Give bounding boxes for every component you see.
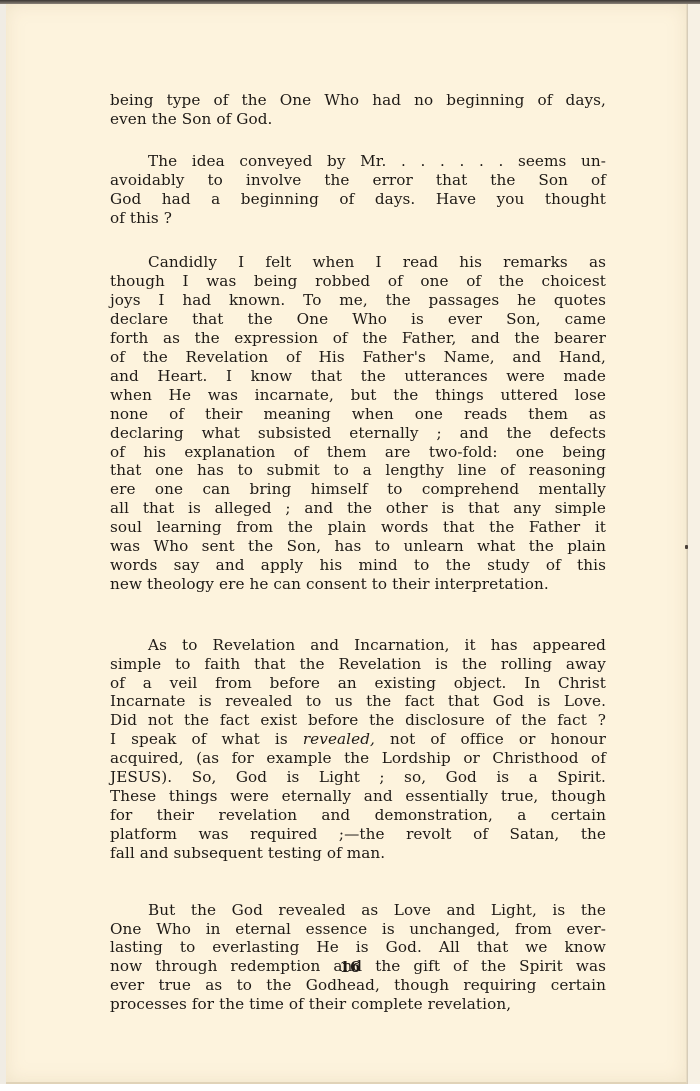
text-line: These things were eternally and essentia… xyxy=(110,787,606,806)
text-line: declare that the One Who is ever Son, ca… xyxy=(110,310,606,329)
text-line: Did not the fact exist before the disclo… xyxy=(110,711,606,730)
paragraph-candidly: Candidly I felt when I read his remarks … xyxy=(110,253,606,593)
text-line: ere one can bring himself to comprehend … xyxy=(110,480,606,499)
text-line: that one has to submit to a lengthy line… xyxy=(110,461,606,480)
text-line: ever true as to the Godhead, though requ… xyxy=(110,976,606,995)
text-line: fall and subsequent testing of man. xyxy=(110,844,606,863)
text-line: avoidably to involve the error that the … xyxy=(110,171,606,190)
text-line: all that is alleged ; and the other is t… xyxy=(110,499,606,518)
text-line: God had a beginning of days. Have you th… xyxy=(110,190,606,209)
page-number: 16 xyxy=(0,958,700,976)
text-line: and Heart. I know that the utterances we… xyxy=(110,367,606,386)
text-line: lasting to everlasting He is God. All th… xyxy=(110,938,606,957)
page-body-text: being type of the One Who had no beginni… xyxy=(110,91,606,1014)
text-line: forth as the expression of the Father, a… xyxy=(110,329,606,348)
text-line: none of their meaning when one reads the… xyxy=(110,405,606,424)
text-line: Incarnate is revealed to us the fact tha… xyxy=(110,692,606,711)
text-line: processes for the time of their complete… xyxy=(110,995,606,1014)
text-line: was Who sent the Son, has to unlearn wha… xyxy=(110,537,606,556)
paper-speck xyxy=(685,545,688,549)
text-line: though I was being robbed of one of the … xyxy=(110,272,606,291)
text-line: JESUS). So, God is Light ; so, God is a … xyxy=(110,768,606,787)
text-line: soul learning from the plain words that … xyxy=(110,518,606,537)
text-line: acquired, (as for example the Lordship o… xyxy=(110,749,606,768)
text-line: Candidly I felt when I read his remarks … xyxy=(110,253,606,272)
text-line: of this ? xyxy=(110,209,606,228)
text-line: when He was incarnate, but the things ut… xyxy=(110,386,606,405)
book-spine-edge xyxy=(687,4,700,1084)
text-line: being type of the One Who had no beginni… xyxy=(110,91,606,110)
text-line: new theology ere he can consent to their… xyxy=(110,575,606,594)
paragraph-continuation: being type of the One Who had no beginni… xyxy=(110,91,606,129)
text-line: platform was required ;—the revolt of Sa… xyxy=(110,825,606,844)
text-line: for their revelation and demonstration, … xyxy=(110,806,606,825)
text-line: One Who in eternal essence is unchanged,… xyxy=(110,920,606,939)
paragraph-revelation-incarnation: As to Revelation and Incarnation, it has… xyxy=(110,636,606,863)
italic-emphasis: revealed, xyxy=(303,730,375,748)
text-line: of his explanation of them are two-fold:… xyxy=(110,443,606,462)
text-line: words say and apply his mind to the stud… xyxy=(110,556,606,575)
text-line: The idea conveyed by Mr. . . . . . . see… xyxy=(110,152,606,171)
text-line: simple to faith that the Revelation is t… xyxy=(110,655,606,674)
text-line: As to Revelation and Incarnation, it has… xyxy=(110,636,606,655)
text-line: joys I had known. To me, the passages he… xyxy=(110,291,606,310)
text-line: of a veil from before an existing object… xyxy=(110,674,606,693)
paragraph-idea-conveyed: The idea conveyed by Mr. . . . . . . see… xyxy=(110,152,606,228)
text-line: But the God revealed as Love and Light, … xyxy=(110,901,606,920)
text-line: declaring what subsisted eternally ; and… xyxy=(110,424,606,443)
text-line: I speak of what is revealed, not of offi… xyxy=(110,730,606,749)
text-line: even the Son of God. xyxy=(110,110,606,129)
text-line: of the Revelation of His Father's Name, … xyxy=(110,348,606,367)
